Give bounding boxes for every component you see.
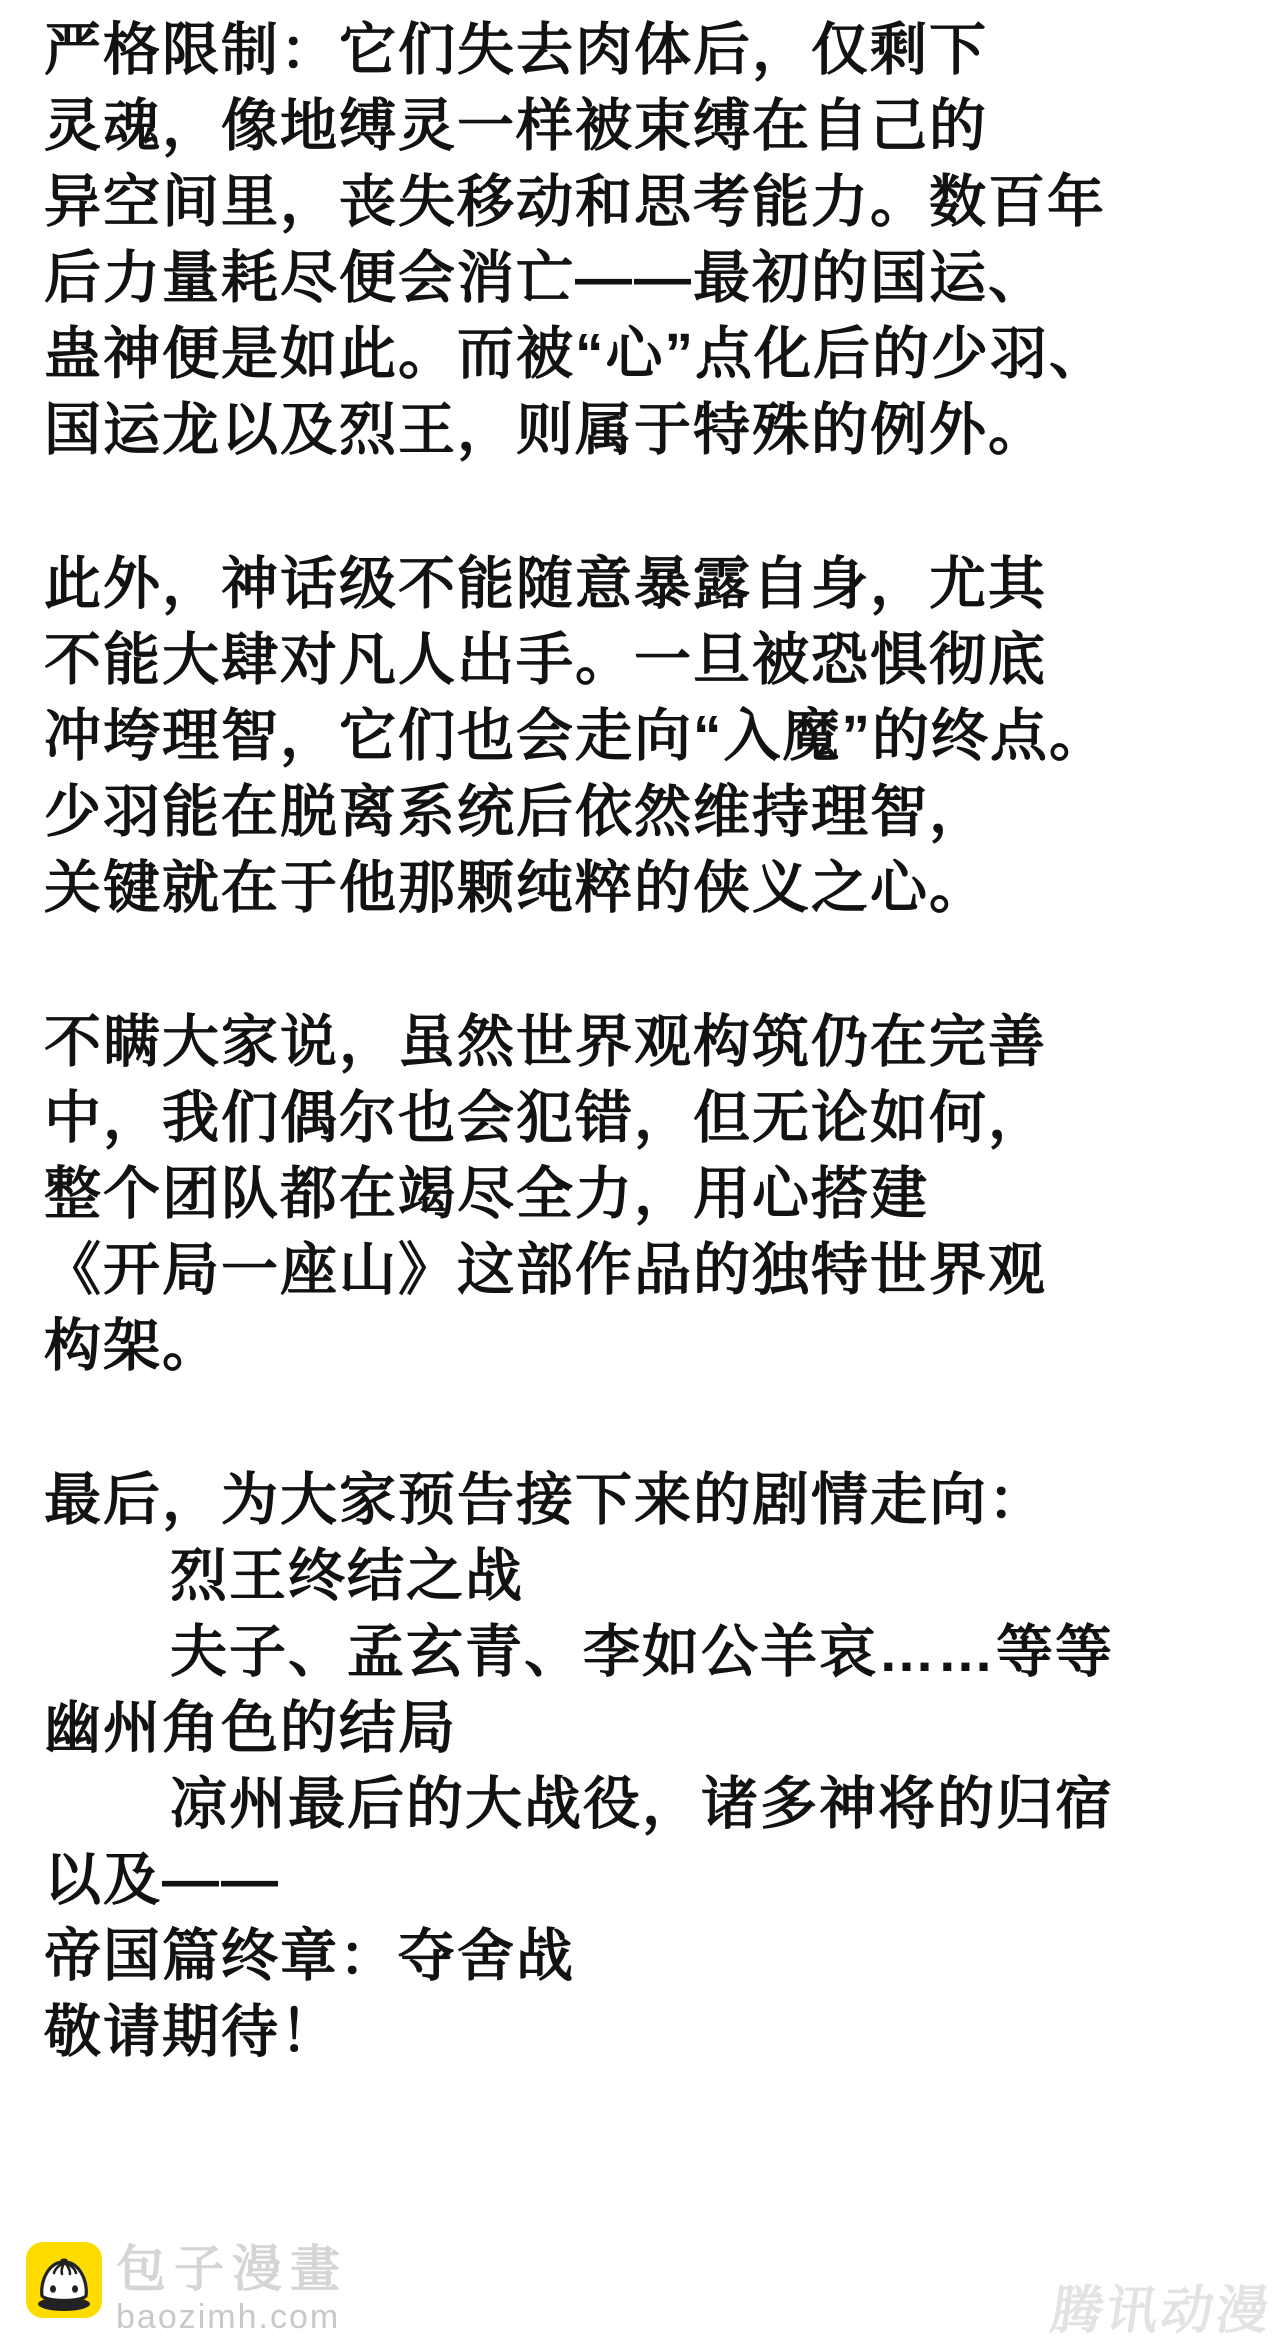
text-line: 国运龙以及烈王，则属于特殊的例外。 bbox=[44, 392, 1270, 468]
baozimh-watermark: 包子漫畫 baozimh.com bbox=[26, 2242, 348, 2334]
bun-face-icon bbox=[26, 2242, 102, 2318]
text-line: 冲垮理智，它们也会走向“入魔”的终点。 bbox=[44, 698, 1270, 774]
tencent-comics-watermark: 腾讯动漫 bbox=[1047, 2268, 1278, 2343]
text-line: 凉州最后的大战役，诸多神将的归宿 bbox=[44, 1766, 1270, 1842]
text-line: 不能大肆对凡人出手。一旦被恐惧彻底 bbox=[44, 622, 1270, 698]
text-line: 夫子、孟玄青、李如公羊哀……等等 bbox=[44, 1614, 1270, 1690]
text-line: 《开局一座山》这部作品的独特世界观 bbox=[44, 1232, 1270, 1308]
text-line: 幽州角色的结局 bbox=[44, 1690, 1270, 1766]
text-line: 帝国篇终章：夺舍战 bbox=[44, 1918, 1270, 1994]
text-line: 以及—— bbox=[44, 1842, 1270, 1918]
paragraph: 最后，为大家预告接下来的剧情走向：烈王终结之战夫子、孟玄青、李如公羊哀……等等幽… bbox=[44, 1462, 1270, 2070]
text-line: 整个团队都在竭尽全力，用心搭建 bbox=[44, 1156, 1270, 1232]
text-line: 不瞒大家说，虽然世界观构筑仍在完善 bbox=[44, 1004, 1270, 1080]
brand-text-block: 包子漫畫 baozimh.com bbox=[116, 2242, 348, 2334]
text-line: 灵魂，像地缚灵一样被束缚在自己的 bbox=[44, 88, 1270, 164]
text-line: 严格限制：它们失去肉体后，仅剩下 bbox=[44, 12, 1270, 88]
text-line: 敬请期待！ bbox=[44, 1994, 1270, 2070]
text-line: 烈王终结之战 bbox=[44, 1538, 1270, 1614]
text-line: 关键就在于他那颗纯粹的侠义之心。 bbox=[44, 850, 1270, 926]
comic-afterword-page: 严格限制：它们失去肉体后，仅剩下灵魂，像地缚灵一样被束缚在自己的异空间里，丧失移… bbox=[0, 0, 1280, 2348]
brand-domain: baozimh.com bbox=[116, 2300, 348, 2334]
text-line: 最后，为大家预告接下来的剧情走向： bbox=[44, 1462, 1270, 1538]
text-line: 异空间里，丧失移动和思考能力。数百年 bbox=[44, 164, 1270, 240]
paragraph: 不瞒大家说，虽然世界观构筑仍在完善中，我们偶尔也会犯错，但无论如何，整个团队都在… bbox=[44, 1004, 1270, 1384]
afterword-text: 严格限制：它们失去肉体后，仅剩下灵魂，像地缚灵一样被束缚在自己的异空间里，丧失移… bbox=[44, 12, 1270, 2148]
paragraph: 严格限制：它们失去肉体后，仅剩下灵魂，像地缚灵一样被束缚在自己的异空间里，丧失移… bbox=[44, 12, 1270, 468]
text-line: 后力量耗尽便会消亡——最初的国运、 bbox=[44, 240, 1270, 316]
text-line: 蛊神便是如此。而被“心”点化后的少羽、 bbox=[44, 316, 1270, 392]
text-line: 少羽能在脱离系统后依然维持理智， bbox=[44, 774, 1270, 850]
text-line: 中，我们偶尔也会犯错，但无论如何， bbox=[44, 1080, 1270, 1156]
text-line: 构架。 bbox=[44, 1308, 1270, 1384]
brand-name: 包子漫畫 bbox=[116, 2244, 348, 2294]
text-line: 此外，神话级不能随意暴露自身，尤其 bbox=[44, 546, 1270, 622]
paragraph: 此外，神话级不能随意暴露自身，尤其不能大肆对凡人出手。一旦被恐惧彻底冲垮理智，它… bbox=[44, 546, 1270, 926]
